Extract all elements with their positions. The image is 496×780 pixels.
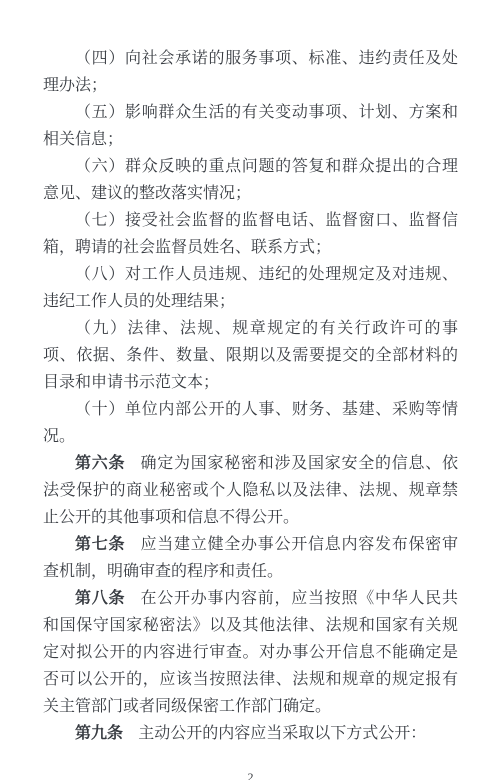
paragraph-item-10: （十）单位内部公开的人事、财务、基建、采购等情况。: [43, 395, 458, 449]
paragraph-item-8: （八）对工作人员违规、违纪的处理规定及对违规、违纪工作人员的处理结果；: [43, 260, 458, 314]
paragraph-item-7: （七）接受社会监督的监督电话、监督窗口、监督信箱，聘请的社会监督员姓名、联系方式…: [43, 206, 458, 260]
paragraph-item-5: （五）影响群众生活的有关变动事项、计划、方案和相关信息；: [43, 98, 458, 152]
page-number: 2: [43, 770, 458, 780]
article-6-number: 第六条: [75, 453, 125, 472]
document-page: （四）向社会承诺的服务事项、标准、违约责任及处理办法； （五）影响群众生活的有关…: [0, 0, 496, 780]
paragraph-article-9: 第九条主动公开的内容应当采取以下方式公开：: [43, 719, 458, 746]
paragraph-item-6: （六）群众反映的重点问题的答复和群众提出的合理意见、建议的整改落实情况；: [43, 152, 458, 206]
paragraph-item-9: （九）法律、法规、规章规定的有关行政许可的事项、依据、条件、数量、限期以及需要提…: [43, 314, 458, 395]
article-8-number: 第八条: [75, 588, 125, 607]
paragraph-item-4: （四）向社会承诺的服务事项、标准、违约责任及处理办法；: [43, 44, 458, 98]
article-7-number: 第七条: [75, 534, 125, 553]
article-9-text: 主动公开的内容应当采取以下方式公开：: [138, 723, 426, 742]
article-8-text: 在公开办事内容前，应当按照《中华人民共和国保守国家秘密法》以及其他法律、法规和国…: [43, 588, 458, 715]
article-9-number: 第九条: [75, 723, 123, 742]
paragraph-article-6: 第六条确定为国家秘密和涉及国家安全的信息、依法受保护的商业秘密或个人隐私以及法律…: [43, 449, 458, 530]
paragraph-article-8: 第八条在公开办事内容前，应当按照《中华人民共和国保守国家秘密法》以及其他法律、法…: [43, 584, 458, 719]
paragraph-article-7: 第七条应当建立健全办事公开信息内容发布保密审查机制，明确审查的程序和责任。: [43, 530, 458, 584]
